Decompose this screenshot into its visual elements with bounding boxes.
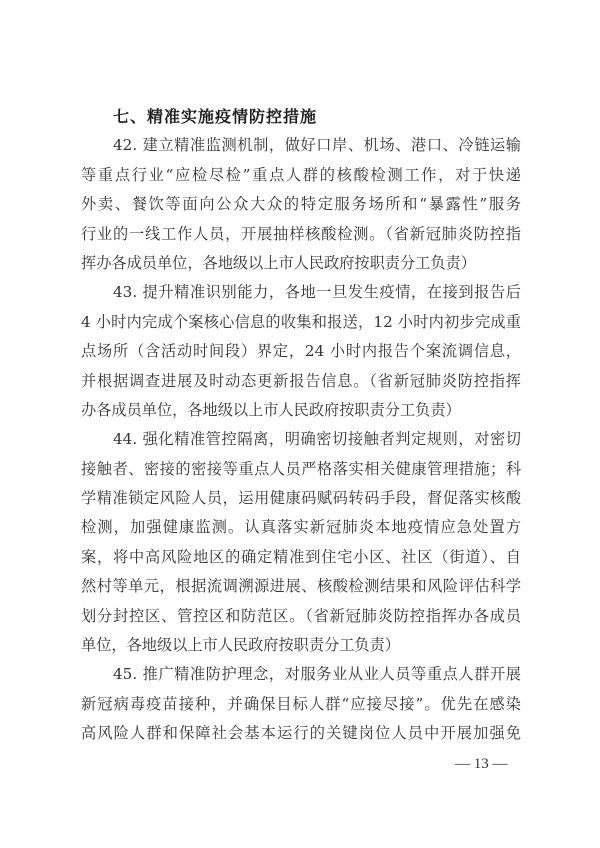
paragraph-42: 42. 建立精准监测机制，做好口岸、机场、港口、冷链运输 等重点行业“应检尽检”… — [81, 131, 521, 278]
paragraph-line: 挥办各成员单位，各地级以上市人民政府按职责分工负责） — [81, 249, 521, 278]
paragraph-line: 44. 强化精准管控隔离，明确密切接触者判定规则，对密切 — [81, 425, 521, 454]
paragraph-line: 点场所（含活动时间段）界定，24 小时内报告个案流调信息， — [81, 337, 521, 366]
paragraph-line: 接触者、密接的密接等重点人员严格落实相关健康管理措施；科 — [81, 455, 521, 484]
paragraph-line: 4 小时内完成个案核心信息的收集和报送，12 小时内初步完成重 — [81, 308, 521, 337]
paragraph-line: 43. 提升精准识别能力，各地一旦发生疫情，在接到报告后 — [81, 278, 521, 307]
paragraph-line: 学精准锁定风险人员，运用健康码赋码转码手段，督促落实核酸 — [81, 484, 521, 513]
paragraph-line: 然村等单元，根据流调溯源进展、核酸检测结果和风险评估科学 — [81, 572, 521, 601]
page-number: — 13 — — [455, 756, 508, 773]
document-page: 七、精准实施疫情防控措施 42. 建立精准监测机制，做好口岸、机场、港口、冷链运… — [81, 102, 521, 749]
paragraph-line: 等重点行业“应检尽检”重点人群的核酸检测工作，对于快递 — [81, 161, 521, 190]
paragraph-line: 新冠病毒疫苗接种，并确保目标人群“应接尽接”。优先在感染 — [81, 690, 521, 719]
paragraph-line: 办各成员单位，各地级以上市人民政府按职责分工负责） — [81, 396, 521, 425]
paragraph-45: 45. 推广精准防护理念，对服务业从业人员等重点人群开展 新冠病毒疫苗接种，并确… — [81, 660, 521, 748]
paragraph-line: 案，将中高风险地区的确定精准到住宅小区、社区（街道）、自 — [81, 543, 521, 572]
paragraph-43: 43. 提升精准识别能力，各地一旦发生疫情，在接到报告后 4 小时内完成个案核心… — [81, 278, 521, 425]
paragraph-line: 行业的一线工作人员，开展抽样核酸检测。（省新冠肺炎防控指 — [81, 220, 521, 249]
paragraph-line: 检测，加强健康监测。认真落实新冠肺炎本地疫情应急处置方 — [81, 513, 521, 542]
paragraph-line: 高风险人群和保障社会基本运行的关键岗位人员中开展加强免 — [81, 719, 521, 748]
paragraph-44: 44. 强化精准管控隔离，明确密切接触者判定规则，对密切 接触者、密接的密接等重… — [81, 425, 521, 660]
paragraph-line: 划分封控区、管控区和防范区。（省新冠肺炎防控指挥办各成员 — [81, 602, 521, 631]
section-heading: 七、精准实施疫情防控措施 — [81, 102, 521, 131]
paragraph-line: 42. 建立精准监测机制，做好口岸、机场、港口、冷链运输 — [81, 131, 521, 160]
paragraph-line: 单位，各地级以上市人民政府按职责分工负责） — [81, 631, 521, 660]
paragraph-line: 45. 推广精准防护理念，对服务业从业人员等重点人群开展 — [81, 660, 521, 689]
paragraph-line: 外卖、餐饮等面向公众大众的特定服务场所和“暴露性”服务 — [81, 190, 521, 219]
paragraph-line: 并根据调查进展及时动态更新报告信息。（省新冠肺炎防控指挥 — [81, 367, 521, 396]
